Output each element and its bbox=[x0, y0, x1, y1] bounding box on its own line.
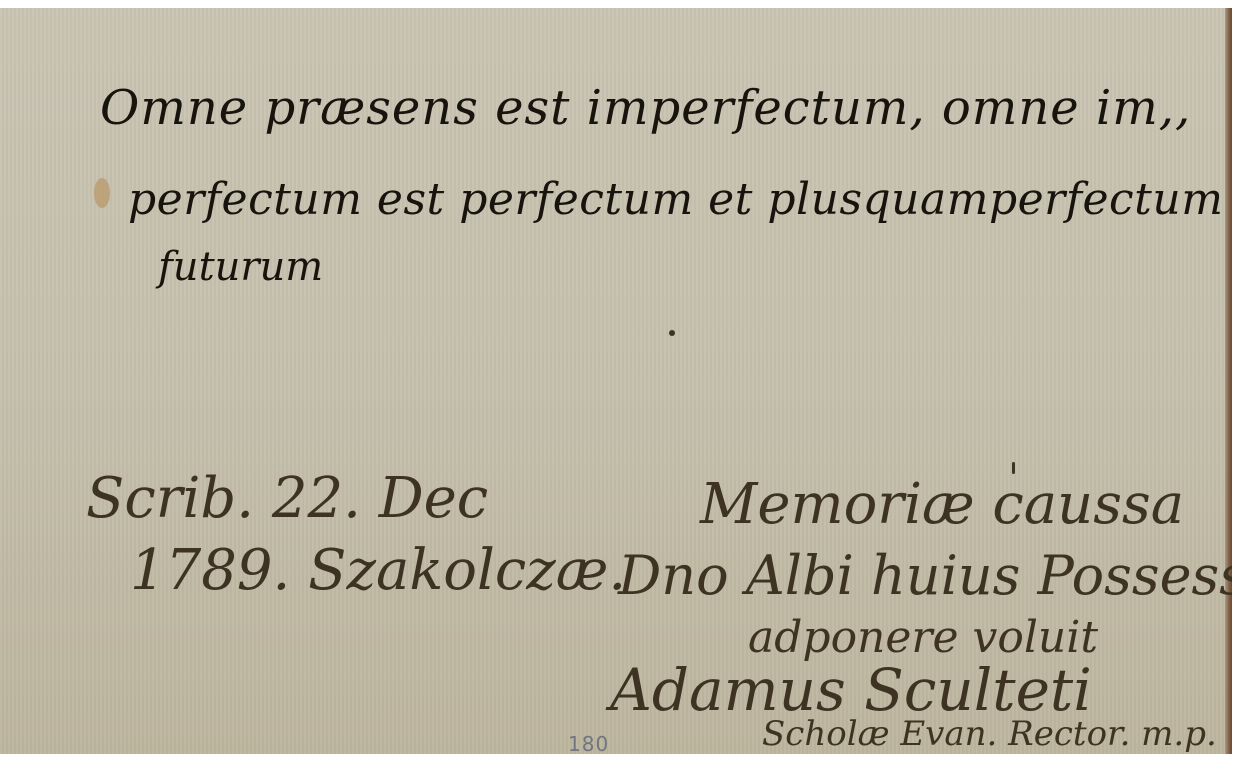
motto-line-1: Omne præsens est imperfectum, omne im,, bbox=[100, 80, 1191, 136]
dateline-line-1: Scrib. 22. Dec bbox=[86, 466, 488, 531]
manuscript-page: Omne præsens est imperfectum, omne im,, … bbox=[0, 8, 1232, 754]
paper-speck bbox=[669, 330, 675, 336]
motto-line-3: futurum bbox=[158, 244, 323, 290]
page-number: 180 bbox=[568, 732, 609, 754]
dedication-line-1: Memoriæ caussa bbox=[700, 472, 1184, 537]
signer-title: Scholæ Evan. Rector. m.p. bbox=[762, 714, 1217, 754]
page-edge bbox=[1225, 8, 1232, 754]
dateline-line-2: 1789. Szakolczæ. bbox=[130, 538, 626, 603]
dedication-line-2: Dno Albi huius Possessori bbox=[618, 544, 1232, 607]
ink-stain bbox=[94, 178, 110, 208]
motto-line-2: perfectum est perfectum et plusquamperfe… bbox=[128, 174, 1223, 225]
